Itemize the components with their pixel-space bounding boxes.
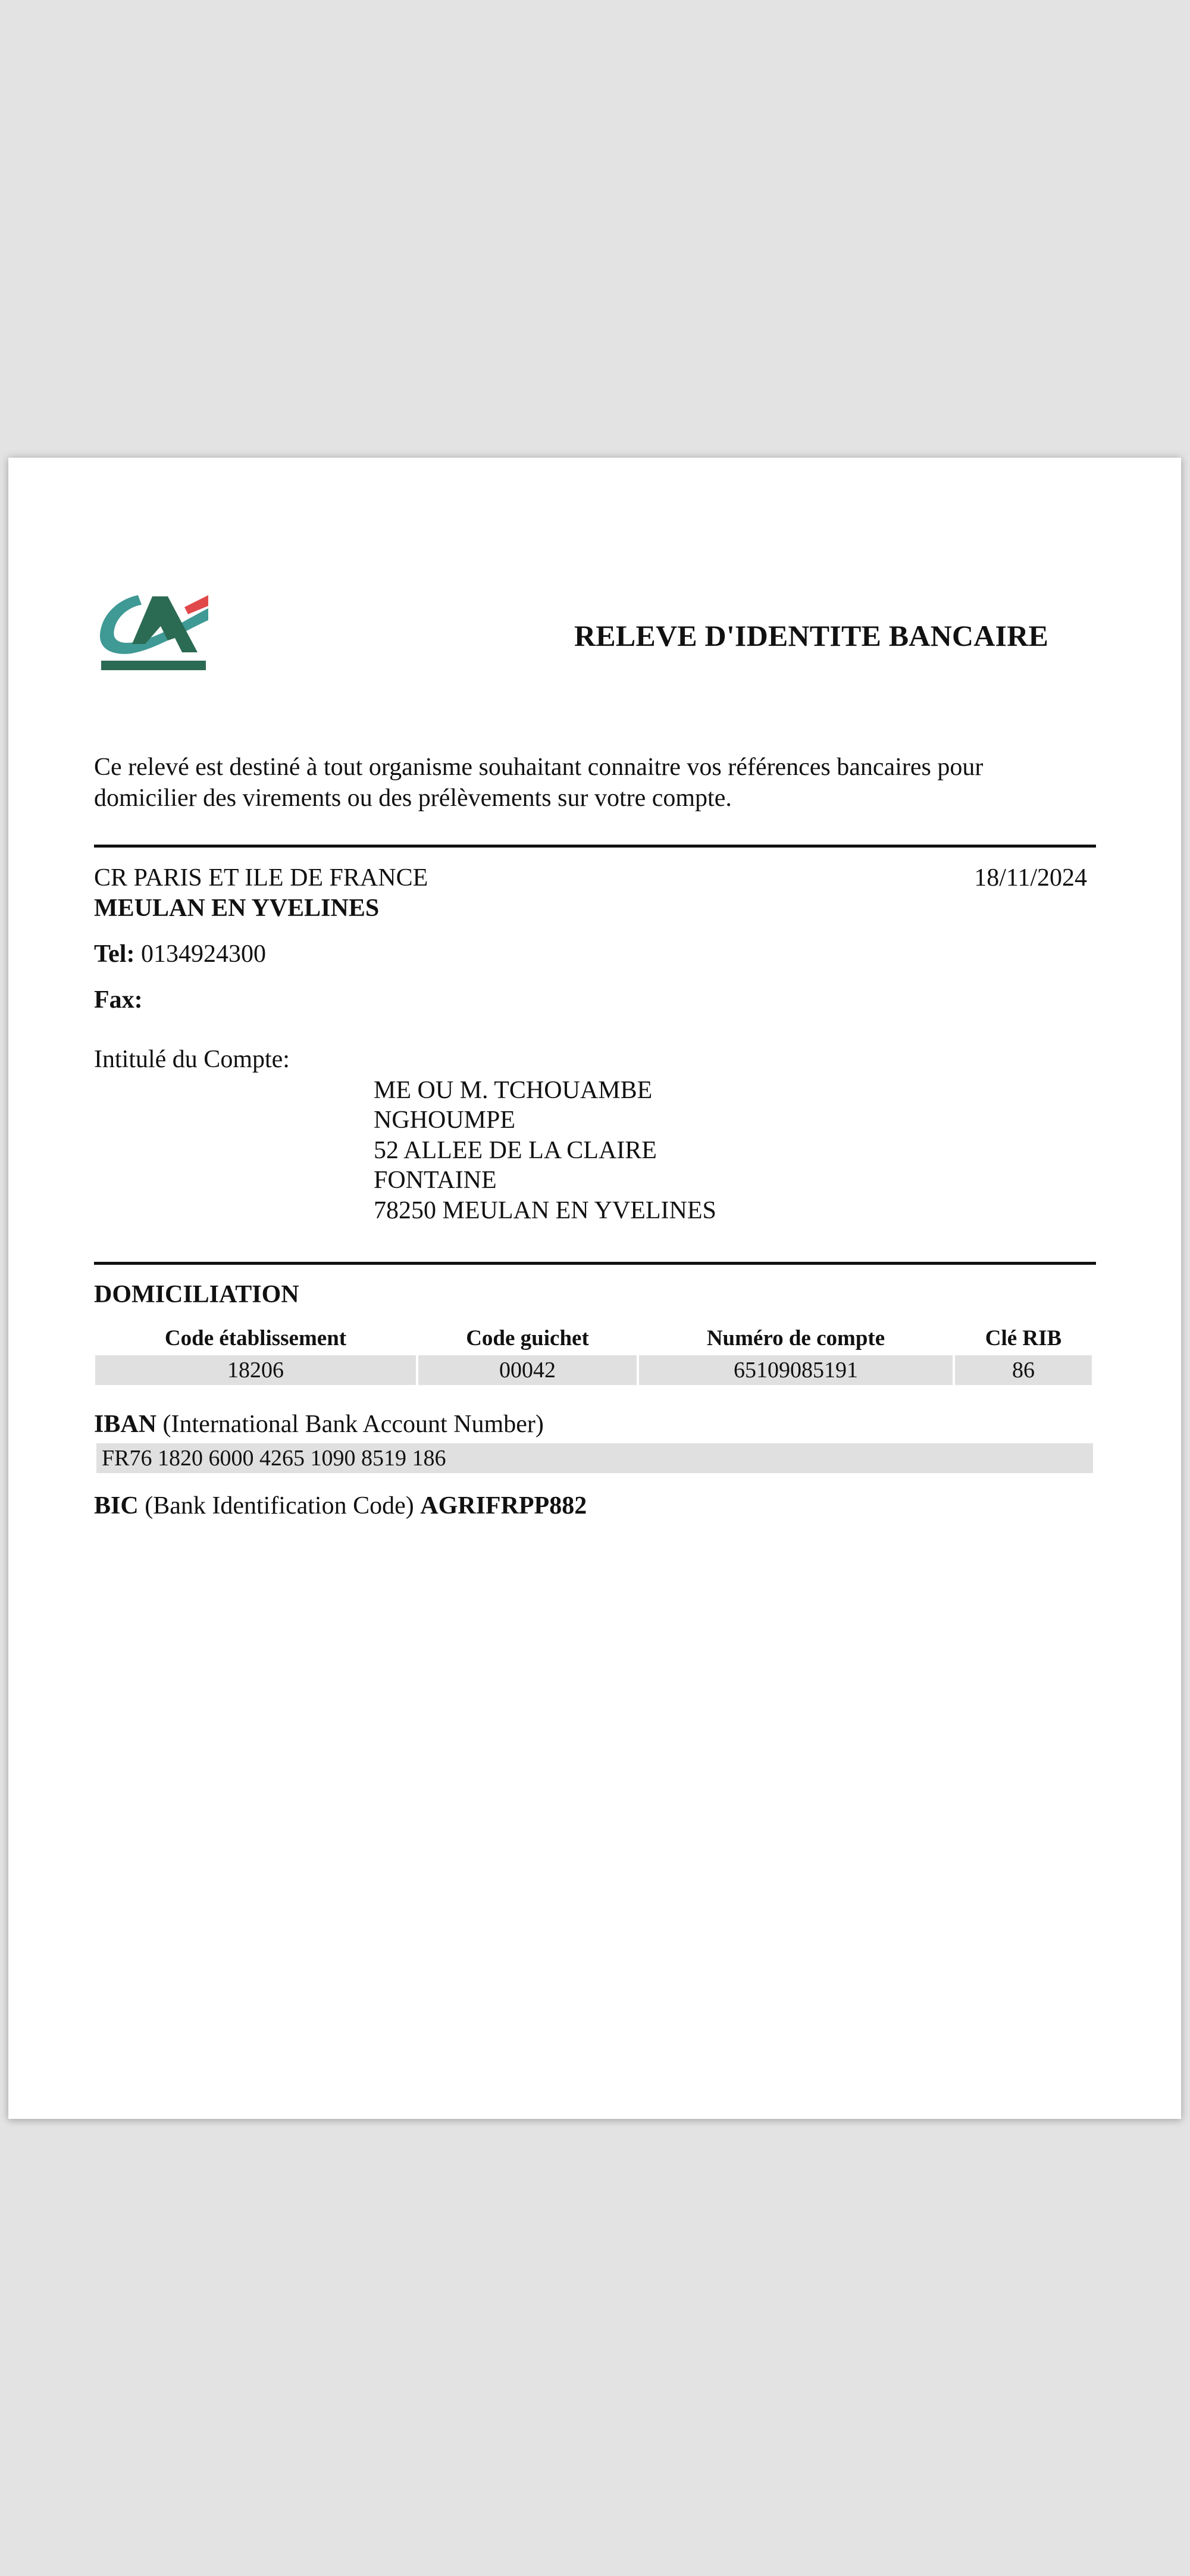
divider-top <box>94 845 1096 848</box>
account-holder-line-5: 78250 MEULAN EN YVELINES <box>374 1195 716 1226</box>
account-holder-line-3: 52 ALLEE DE LA CLAIRE <box>374 1135 657 1166</box>
col-code-etablissement: Code établissement <box>95 1327 416 1355</box>
intro-line-1: Ce relevé est destiné à tout organisme s… <box>94 752 1106 783</box>
intro-line-2: domicilier des virements ou des prélèvem… <box>94 783 1106 814</box>
rib-table-header: Code établissement Code guichet Numéro d… <box>95 1327 1095 1355</box>
account-holder-line-2: NGHOUMPE <box>374 1105 515 1136</box>
bic-line: BIC (Bank Identification Code) AGRIFRPP8… <box>94 1490 587 1521</box>
agency-fax: Fax: <box>94 984 143 1015</box>
document-title: RELEVE D'IDENTITE BANCAIRE <box>574 618 1048 653</box>
col-cle-rib: Clé RIB <box>955 1327 1092 1355</box>
col-numero-compte: Numéro de compte <box>639 1327 953 1355</box>
branch-name: MEULAN EN YVELINES <box>94 893 379 924</box>
bic-label-desc: (Bank Identification Code) <box>139 1492 421 1520</box>
credit-agricole-logo-icon <box>95 590 214 674</box>
value-numero-compte: 65109085191 <box>639 1355 953 1385</box>
tel-value: 0134924300 <box>141 940 266 968</box>
iban-label-bold: IBAN <box>94 1411 156 1438</box>
intro-paragraph: Ce relevé est destiné à tout organisme s… <box>94 752 1106 814</box>
domiciliation-heading: DOMICILIATION <box>94 1279 299 1310</box>
value-code-etablissement: 18206 <box>95 1355 416 1385</box>
iban-label: IBAN (International Bank Account Number) <box>94 1409 544 1440</box>
table-row: 18206 00042 65109085191 86 <box>95 1355 1095 1385</box>
account-holder-line-4: FONTAINE <box>374 1165 497 1196</box>
bic-value: AGRIFRPP882 <box>420 1492 587 1520</box>
col-code-guichet: Code guichet <box>418 1327 637 1355</box>
iban-label-desc: (International Bank Account Number) <box>156 1411 544 1438</box>
tel-label: Tel: <box>94 940 134 968</box>
rib-table: Code établissement Code guichet Numéro d… <box>95 1327 1095 1385</box>
rib-page: RELEVE D'IDENTITE BANCAIRE Ce relevé est… <box>8 458 1181 2119</box>
bic-label-bold: BIC <box>94 1492 139 1520</box>
iban-value: FR76 1820 6000 4265 1090 8519 186 <box>96 1443 1093 1473</box>
document-date: 18/11/2024 <box>974 862 1087 893</box>
account-holder-label: Intitulé du Compte: <box>94 1044 290 1075</box>
regional-bank-name: CR PARIS ET ILE DE FRANCE <box>94 862 428 893</box>
divider-domiciliation <box>94 1262 1096 1265</box>
value-code-guichet: 00042 <box>418 1355 637 1385</box>
value-cle-rib: 86 <box>955 1355 1092 1385</box>
fax-label: Fax: <box>94 986 143 1014</box>
account-holder-line-1: ME OU M. TCHOUAMBE <box>374 1075 652 1106</box>
agency-phone: Tel: 0134924300 <box>94 939 266 970</box>
